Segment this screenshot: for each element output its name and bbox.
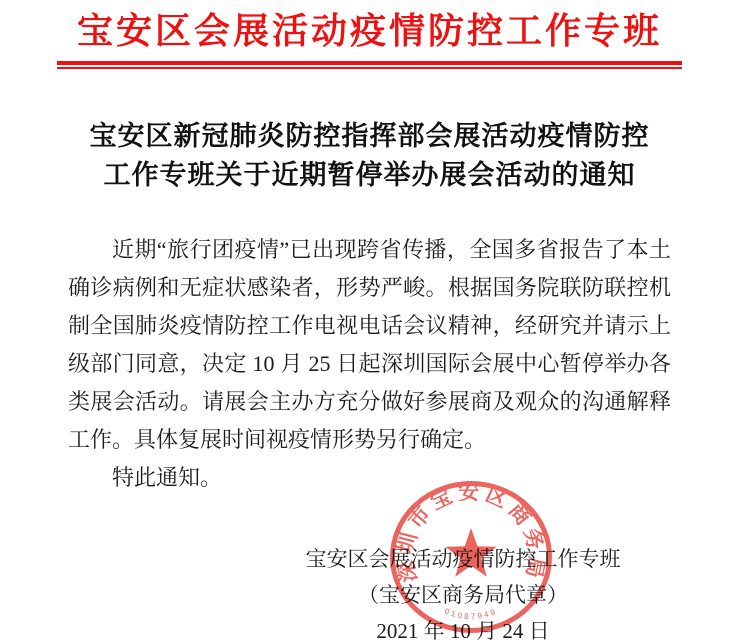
signature-date: 2021 年 10 月 24 日: [297, 613, 629, 643]
body-paragraph-closing: 特此通知。: [68, 459, 671, 497]
document-title: 宝安区新冠肺炎防控指挥部会展活动疫情防控 工作专班关于近期暂停举办展会活动的通知: [0, 117, 739, 195]
signature-seal-note: （宝安区商务局代章）: [297, 577, 629, 613]
letterhead-title: 宝安区会展活动疫情防控工作专班: [0, 9, 739, 53]
signature-org: 宝安区会展活动疫情防控工作专班: [297, 541, 629, 577]
letterhead: 宝安区会展活动疫情防控工作专班: [0, 0, 739, 53]
signature-block: 宝安区会展活动疫情防控工作专班 （宝安区商务局代章） 2021 年 10 月 2…: [297, 541, 629, 643]
document-title-line1: 宝安区新冠肺炎防控指挥部会展活动疫情防控: [0, 117, 739, 156]
letterhead-divider: [57, 61, 682, 69]
divider-thin-line: [57, 67, 682, 69]
document-body: 近期“旅行团疫情”已出现跨省传播，全国多省报告了本土确诊病例和无症状感染者，形势…: [68, 231, 671, 497]
notice-page: { "letterhead": { "title": "宝安区会展活动疫情防控工…: [0, 0, 739, 643]
divider-thick-line: [57, 61, 682, 65]
document-title-line2: 工作专班关于近期暂停举办展会活动的通知: [0, 156, 739, 195]
body-paragraph-main: 近期“旅行团疫情”已出现跨省传播，全国多省报告了本土确诊病例和无症状感染者，形势…: [68, 231, 671, 459]
